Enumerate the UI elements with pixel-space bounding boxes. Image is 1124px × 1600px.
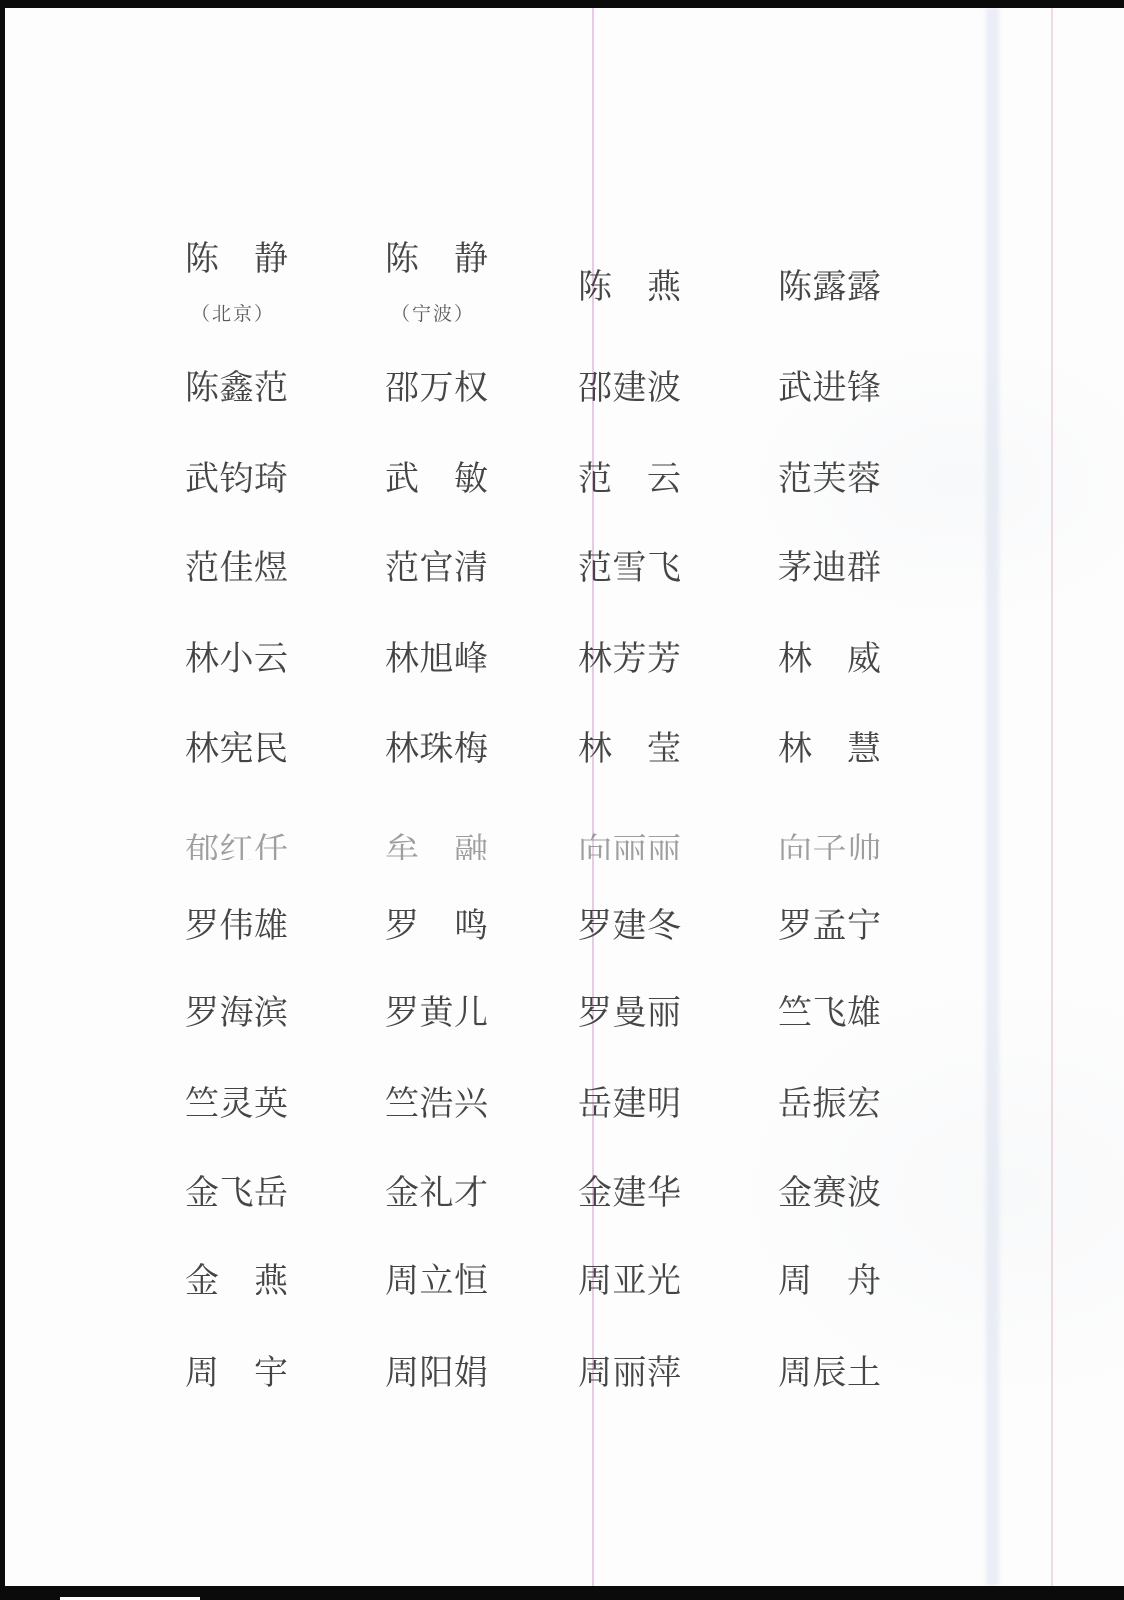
- name-cell: 罗黄儿: [385, 995, 489, 1033]
- name-cell: 岳振宏: [778, 1086, 882, 1124]
- name-cell: 竺灵英: [185, 1086, 289, 1124]
- name-cell: 范官清: [385, 550, 489, 588]
- name-cell: 周辰土: [778, 1355, 882, 1393]
- name-cell: 范佳煜: [185, 550, 289, 588]
- name-cell: 茅迪群: [778, 550, 882, 588]
- name-cell: 邵建波: [578, 370, 682, 408]
- name-cell: 周阳娟: [385, 1355, 489, 1393]
- name-cell: 金 燕: [185, 1263, 289, 1301]
- name-cell: 林芳芳: [578, 641, 682, 679]
- name-cell: 周亚光: [578, 1263, 682, 1301]
- name-cell: 邵万权: [385, 370, 489, 408]
- name-cell: 林旭峰: [385, 641, 489, 679]
- name-cell: 林 莹: [578, 731, 682, 769]
- name-cell: 范雪飞: [578, 550, 682, 588]
- name-cell: 金建华: [578, 1175, 682, 1213]
- name-cell: 周 宇: [185, 1355, 289, 1393]
- name-cell: 范芙蓉: [778, 461, 882, 499]
- name-cell: 罗伟雄: [185, 908, 289, 946]
- name-cell: 向子帅: [778, 833, 882, 860]
- name-cell: 林珠梅: [385, 731, 489, 769]
- name-cell: 金赛波: [778, 1175, 882, 1213]
- name-cell: 郁红仟: [185, 833, 289, 860]
- name-cell: 牟 融: [385, 833, 489, 860]
- name-cell: 林 威: [778, 641, 882, 679]
- name-cell: 罗曼丽: [578, 995, 682, 1033]
- name-cell: 罗孟宁: [778, 908, 882, 946]
- name-cell: 陈 静: [185, 241, 289, 279]
- name-cell: 竺飞雄: [778, 995, 882, 1033]
- name-cell: 林小云: [185, 641, 289, 679]
- name-cell: 林 慧: [778, 731, 882, 769]
- name-cell: 金飞岳: [185, 1175, 289, 1213]
- name-cell: 陈露露: [778, 269, 882, 307]
- name-cell: 周 舟: [778, 1263, 882, 1301]
- city-note: （宁波）: [391, 304, 475, 326]
- name-cell: 武 敏: [385, 461, 489, 499]
- name-cell: 武进锋: [778, 370, 882, 408]
- name-cell: 罗建冬: [578, 908, 682, 946]
- name-cell: 罗 鸣: [385, 908, 489, 946]
- name-cell: 范 云: [578, 461, 682, 499]
- names-roster: 陈 静（北京）陈 静（宁波）陈 燕陈露露陈鑫范邵万权邵建波武进锋武钧琦武 敏范 …: [5, 8, 1124, 1586]
- name-cell: 陈 燕: [578, 269, 682, 307]
- name-cell: 武钧琦: [185, 461, 289, 499]
- name-cell: 周丽萍: [578, 1355, 682, 1393]
- name-cell: 岳建明: [578, 1086, 682, 1124]
- name-cell: 向丽丽: [578, 833, 682, 860]
- name-cell: 陈鑫范: [185, 370, 289, 408]
- city-note: （北京）: [191, 304, 275, 326]
- name-cell: 金礼才: [385, 1175, 489, 1213]
- name-cell: 周立恒: [385, 1263, 489, 1301]
- scanned-page-frame: 陈 静（北京）陈 静（宁波）陈 燕陈露露陈鑫范邵万权邵建波武进锋武钧琦武 敏范 …: [0, 0, 1124, 1600]
- name-cell: 罗海滨: [185, 995, 289, 1033]
- name-cell: 陈 静: [385, 241, 489, 279]
- name-cell: 林宪民: [185, 731, 289, 769]
- name-cell: 竺浩兴: [385, 1086, 489, 1124]
- document-page: 陈 静（北京）陈 静（宁波）陈 燕陈露露陈鑫范邵万权邵建波武进锋武钧琦武 敏范 …: [5, 8, 1124, 1586]
